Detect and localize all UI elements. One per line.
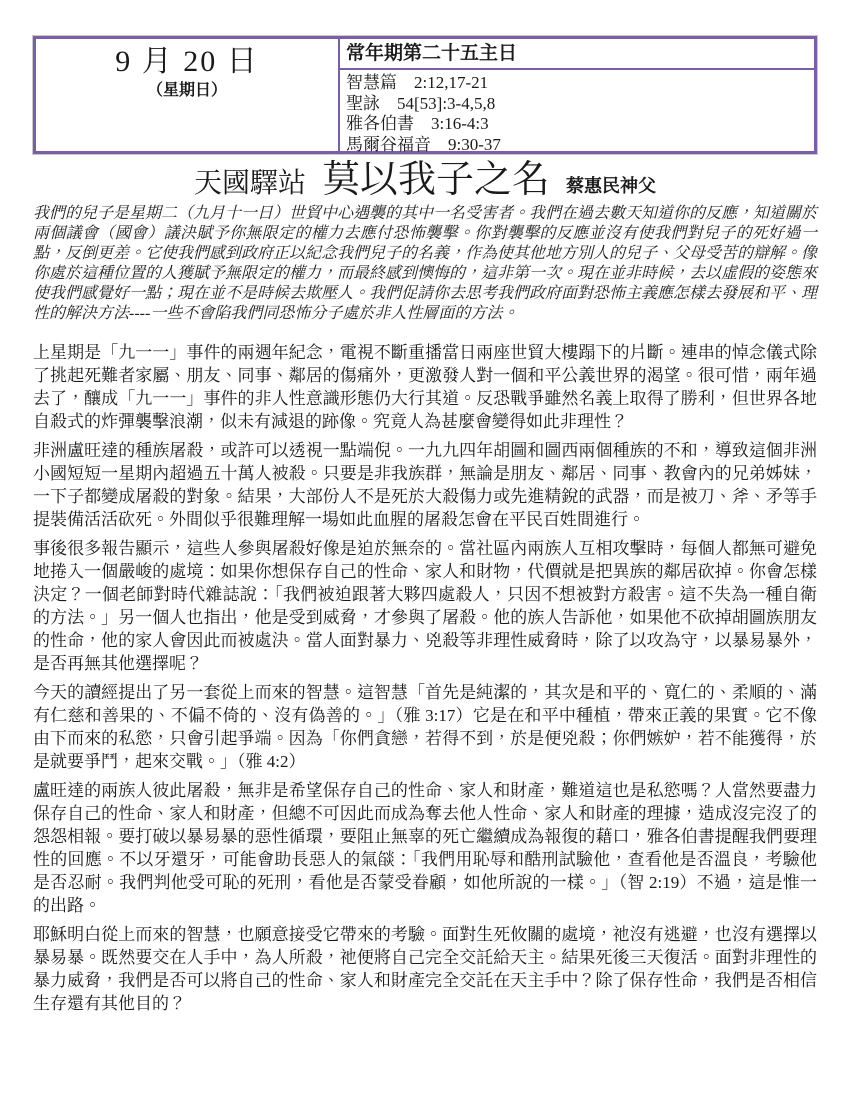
header-table: 9 月 20 日 （星期日） 常年期第二十五主日 智慧篇 2:12,17-21 …: [33, 36, 817, 154]
article-title-row: 天國驛站 莫以我子之名 蔡惠民神父: [33, 161, 817, 201]
body-paragraph: 上星期是「九一一」事件的兩週年紀念，電視不斷重播當日兩座世貿大樓蹋下的片斷。連串…: [33, 341, 817, 433]
readings-list: 智慧篇 2:12,17-21 聖詠 54[53]:3-4,5,8 雅各伯書 3:…: [340, 70, 814, 155]
body-paragraph: 盧旺達的兩族人彼此屠殺，無非是希望保存自己的性命、家人和財產，難道這也是私慾嗎？…: [33, 779, 817, 917]
feast-title: 常年期第二十五主日: [340, 39, 814, 70]
reading-item: 雅各伯書 3:16-4:3: [346, 114, 808, 135]
bulletin-page: 9 月 20 日 （星期日） 常年期第二十五主日 智慧篇 2:12,17-21 …: [0, 0, 850, 1100]
body-paragraph: 事後很多報告顯示，這些人參與屠殺好像是迫於無奈的。當社區內兩族人互相攻擊時，每個…: [33, 537, 817, 675]
body-paragraph: 今天的讀經提出了另一套從上而來的智慧。這智慧「首先是純潔的，其次是和平的、寬仁的…: [33, 681, 817, 773]
readings-column: 常年期第二十五主日 智慧篇 2:12,17-21 聖詠 54[53]:3-4,5…: [340, 39, 814, 155]
body-paragraph: 耶穌明白從上而來的智慧，也願意接受它帶來的考驗。面對生死攸關的處境，祂沒有逃避，…: [33, 923, 817, 1015]
article-body: 上星期是「九一一」事件的兩週年紀念，電視不斷重播當日兩座世貿大樓蹋下的片斷。連串…: [33, 341, 817, 1015]
article-title: 莫以我子之名: [322, 161, 550, 201]
body-paragraph: 非洲盧旺達的種族屠殺，或許可以透視一點端倪。一九九四年胡圖和圖西兩個種族的不和，…: [33, 439, 817, 531]
date-cell: 9 月 20 日 （星期日）: [36, 39, 340, 155]
reading-item: 聖詠 54[53]:3-4,5,8: [346, 94, 808, 115]
date-text: 9 月 20 日: [36, 44, 338, 80]
series-title: 天國驛站: [194, 169, 306, 200]
reading-item: 智慧篇 2:12,17-21: [346, 73, 808, 94]
weekday-text: （星期日）: [36, 80, 338, 102]
author-name: 蔡惠民神父: [566, 172, 656, 198]
reading-item: 馬爾谷福音 9:30-37: [346, 135, 808, 156]
intro-paragraph: 我們的兒子是星期二（九月十一日）世貿中心遇襲的其中一名受害者。我們在過去數天知道…: [33, 204, 817, 324]
